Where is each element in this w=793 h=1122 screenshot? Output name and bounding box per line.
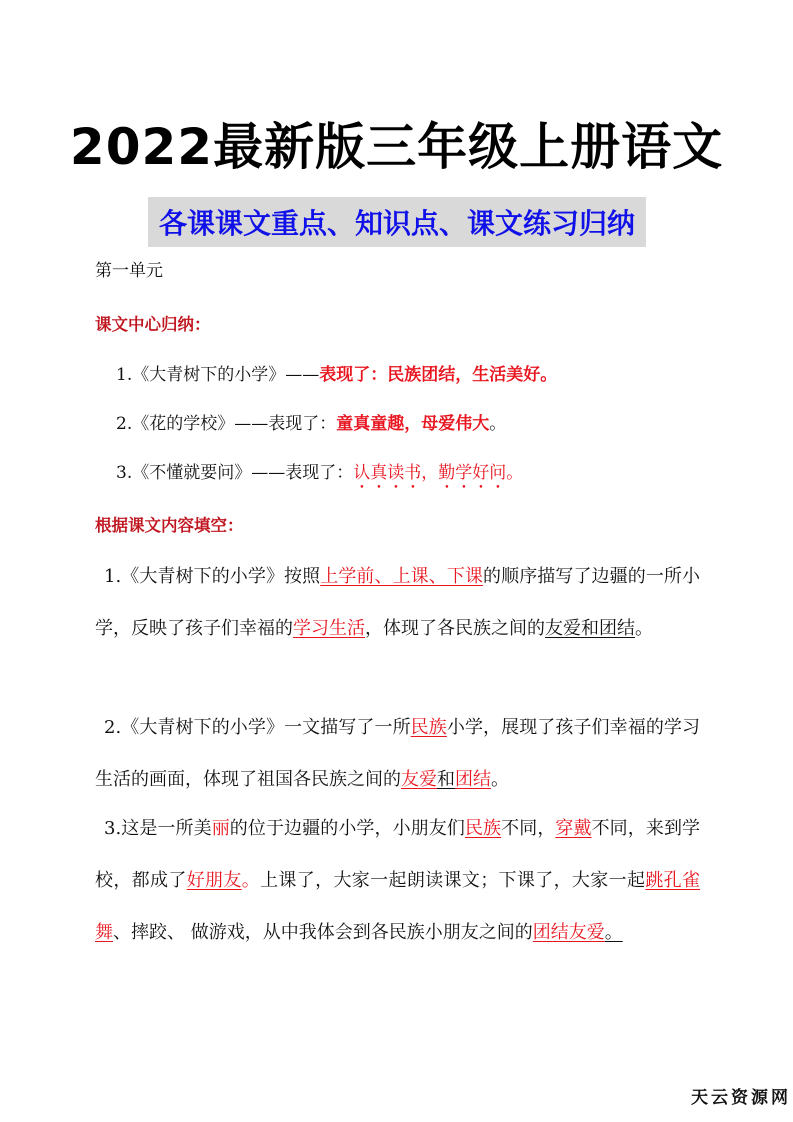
fill-answer: 上学前、上课、下课	[320, 566, 483, 587]
fill-text: 。	[491, 769, 509, 790]
fill-item-2: 2.《大青树下的小学》一文描写了一所民族小学，展现了孩子们幸福的学习生活的画面，…	[95, 702, 700, 806]
fill-item-3: 3.这是一所美丽的位于边疆的小学，小朋友们民族不同，穿戴不同，来到学校，都成了好…	[95, 803, 700, 959]
fill-text: 3.这是一所美	[104, 818, 212, 839]
fill-item-1: 1.《大青树下的小学》按照上学前、上课、下课的顺序描写了边疆的一所小学，反映了孩…	[95, 551, 700, 655]
fill-answer: 团结	[455, 769, 491, 790]
fill-text: 、摔跤、 做游戏，从中我体会到各民族小朋友之间的	[113, 922, 533, 943]
summary-item-2: 2.《花的学校》——表现了：童真童趣，母爱伟大。	[116, 412, 506, 436]
fill-answer: 民族	[411, 717, 447, 738]
fill-answer: 丽	[212, 818, 230, 839]
fill-text: 。	[242, 870, 260, 891]
summary-item-2-prefix: 2.《花的学校》——表现了：	[116, 414, 336, 434]
fill-answer: 学习生活	[293, 618, 365, 639]
fill-answer: 团结友爱	[533, 922, 605, 943]
summary-item-3-highlight: 认真读书，勤学好问。	[353, 463, 523, 483]
fill-text: 的位于边疆的小学，小朋友们	[230, 818, 465, 839]
summary-heading: 课文中心归纳：	[95, 313, 211, 337]
summary-item-1: 1.《大青树下的小学》——表现了：民族团结，生活美好。	[116, 363, 557, 387]
subtitle-banner: 各课课文重点、知识点、课文练习归纳	[148, 197, 646, 247]
summary-item-3-prefix: 3.《不懂就要问》——表现了：	[116, 463, 353, 483]
document-subtitle: 各课课文重点、知识点、课文练习归纳	[159, 202, 635, 242]
fill-answer: 民族	[465, 818, 501, 839]
fill-text: 1.《大青树下的小学》按照	[104, 566, 320, 587]
fill-answer: 友爱和团结	[545, 618, 635, 639]
fill-answer: 友爱	[401, 769, 437, 790]
summary-item-1-highlight: 表现了：民族团结，生活美好。	[319, 365, 557, 385]
document-title: 2022最新版三年级上册语文	[0, 116, 793, 178]
fill-answer: 和	[437, 769, 455, 790]
fill-text: 不同，	[501, 818, 555, 839]
summary-item-1-prefix: 1.《大青树下的小学》——	[116, 365, 319, 385]
fill-text: 。	[605, 922, 623, 943]
watermark: 天云资源网	[691, 1083, 791, 1108]
fill-answer: 穿戴	[555, 818, 591, 839]
fill-answer: 好朋友	[187, 870, 242, 891]
fill-text: ，体现了各民族之间的	[365, 618, 545, 639]
fill-heading: 根据课文内容填空：	[95, 514, 244, 538]
unit-label: 第一单元	[95, 259, 163, 283]
summary-item-2-highlight: 童真童趣，母爱伟大	[336, 414, 489, 434]
fill-text: 上课了，大家一起朗读课文；下课了，大家一起	[260, 870, 645, 891]
fill-text: 。	[635, 618, 653, 639]
summary-item-3: 3.《不懂就要问》——表现了：认真读书，勤学好问。	[116, 461, 523, 493]
fill-text: 2.《大青树下的小学》一文描写了一所	[104, 717, 411, 738]
summary-item-2-suffix: 。	[489, 414, 506, 434]
